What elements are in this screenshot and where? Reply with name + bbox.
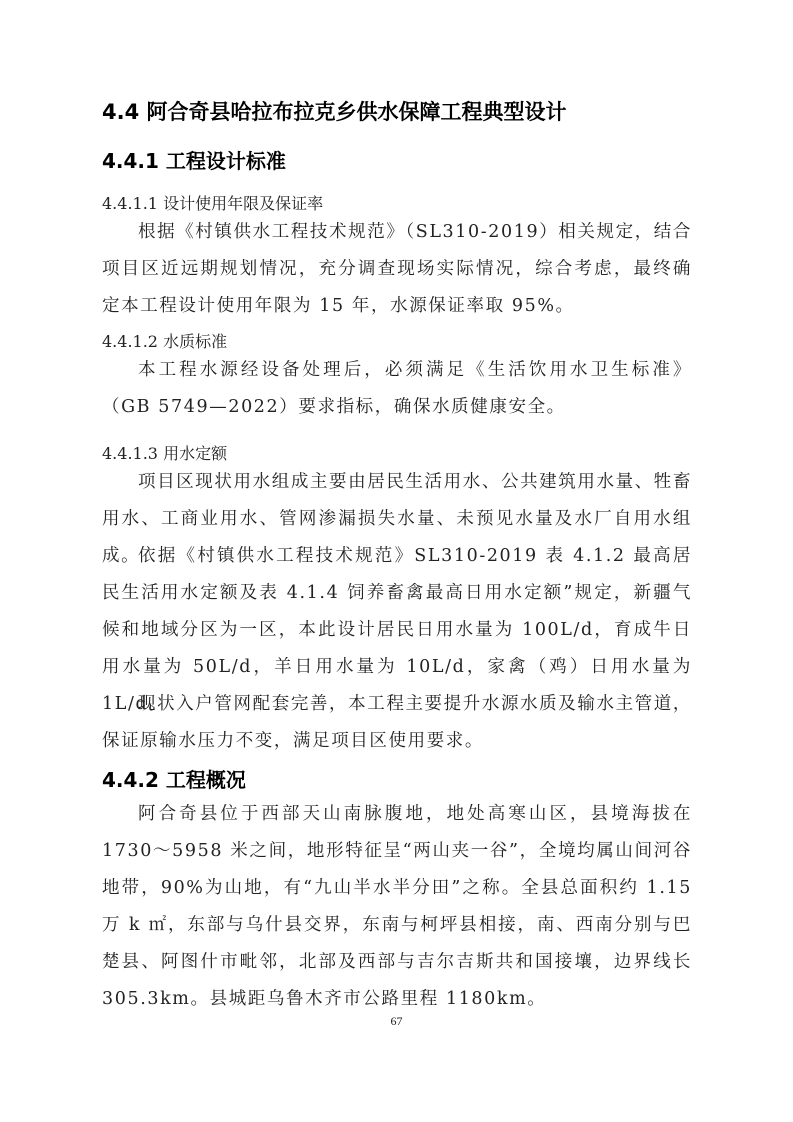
paragraph-project-overview: 阿合奇县位于西部天山南脉腹地，地处高寒山区，县境海拔在 1730～5958 米之… bbox=[102, 796, 692, 1018]
paragraph-design-life: 根据《村镇供水工程技术规范》（SL310-2019）相关规定，结合项目区近远期规… bbox=[102, 214, 692, 325]
heading-4-4-1-2: 4.4.1.2 水质标准 bbox=[102, 329, 227, 352]
paragraph-water-quality: 本工程水源经设备处理后，必须满足《生活饮用水卫生标准》（GB 5749—2022… bbox=[102, 352, 692, 426]
paragraph-pipe-network: 现状入户管网配套完善，本工程主要提升水源水质及输水主管道，保证原输水压力不变，满… bbox=[102, 686, 692, 760]
subsection-title-4-4-2: 4.4.2 工程概况 bbox=[102, 764, 246, 793]
page-number: 67 bbox=[0, 1014, 793, 1029]
section-title: 4.4 阿合奇县哈拉布拉克乡供水保障工程典型设计 bbox=[102, 96, 567, 126]
heading-4-4-1-3: 4.4.1.3 用水定额 bbox=[102, 441, 227, 464]
subsection-title-4-4-1: 4.4.1 工程设计标准 bbox=[102, 145, 286, 174]
heading-4-4-1-1: 4.4.1.1 设计使用年限及保证率 bbox=[102, 191, 323, 214]
